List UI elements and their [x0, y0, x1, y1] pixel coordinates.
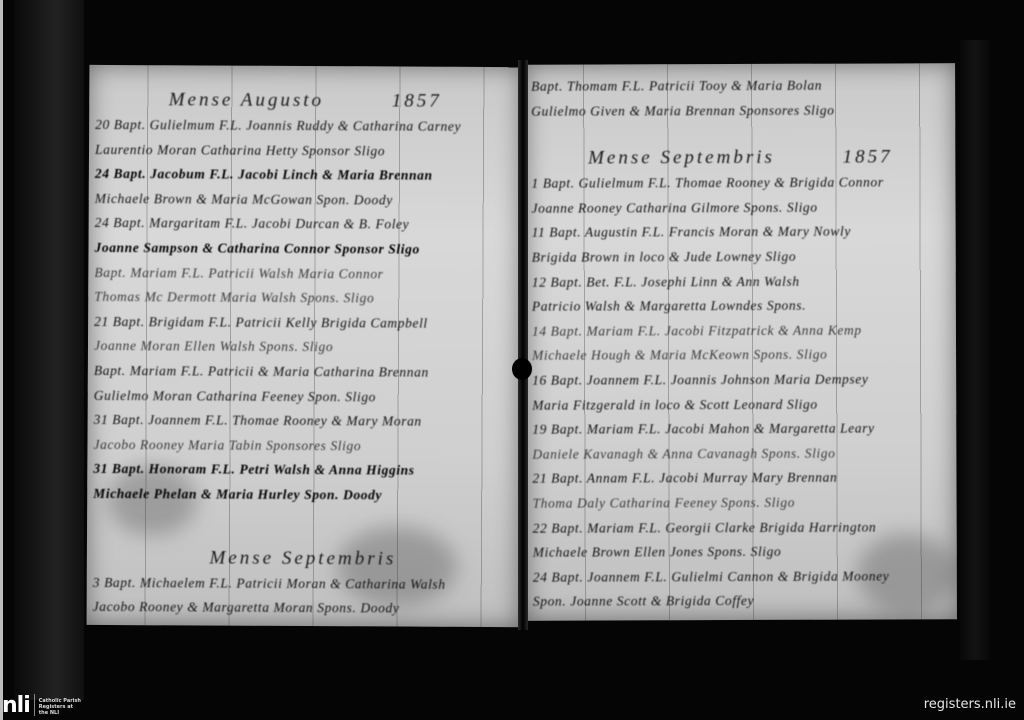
register-entry-line: Bapt. Thomam F.L. Patricii Tooy & Maria … — [525, 73, 955, 99]
register-entry-line: 21 Bapt. Brigidam F.L. Patricii Kelly Br… — [88, 310, 520, 337]
register-entry-line: Thoma Daly Catharina Feeney Spons. Sligo — [527, 490, 957, 516]
register-entry-line: Joanne Rooney Catharina Gilmore Spons. S… — [525, 195, 955, 221]
month-heading: Mense Augusto 1857 — [89, 89, 521, 113]
registers-url: registers.nli.ie — [924, 697, 1016, 712]
gutter-blot — [512, 358, 532, 380]
register-page-left: Mense Augusto 1857 20 Bapt. Gulielmum F.… — [87, 65, 522, 627]
register-entry-line: Daniele Kavanagh & Anna Cavanagh Spons. … — [526, 441, 956, 467]
register-entry-line: Thomas Mc Dermott Maria Walsh Spons. Sli… — [88, 285, 520, 312]
register-entry-line: Michaele Brown Ellen Jones Spons. Sligo — [527, 539, 957, 565]
register-entry-line: Joanne Sampson & Catharina Connor Sponso… — [88, 236, 520, 263]
book-spine — [518, 60, 528, 630]
register-entry-line: Gulielmo Given & Maria Brennan Sponsores… — [525, 98, 955, 124]
register-entry-line: 22 Bapt. Mariam F.L. Georgii Clarke Brig… — [527, 515, 957, 541]
heading-year: 1857 — [843, 147, 893, 168]
register-entry-line: 21 Bapt. Annam F.L. Jacobi Murray Mary B… — [526, 466, 956, 492]
register-entry-line: Spon. Joanne Scott & Brigida Coffey — [527, 589, 957, 615]
month-heading: Mense Septembris 1857 — [525, 146, 955, 170]
logo-text-line: the NLI — [39, 710, 59, 716]
heading-month: Mense Septembris — [588, 147, 775, 169]
register-entry-line: Jacobo Rooney & Margaretta Moran Spons. … — [87, 595, 519, 622]
right-page-content: Bapt. Thomam F.L. Patricii Tooy & Maria … — [525, 73, 957, 620]
register-entry-line: Laurentio Moran Catharina Hetty Sponsor … — [89, 137, 521, 164]
nli-logo-mark: nli — [2, 696, 30, 716]
film-edge — [0, 0, 3, 720]
register-entry-line: Brigida Brown in loco & Jude Lowney Slig… — [526, 244, 956, 270]
register-entry-line: 31 Bapt. Joannem F.L. Thomae Rooney & Ma… — [88, 408, 520, 435]
register-entry-line: 11 Bapt. Augustin F.L. Francis Moran & M… — [526, 220, 956, 246]
register-entry-line: 14 Bapt. Mariam F.L. Jacobi Fitzpatrick … — [526, 318, 956, 344]
register-entry-line: 1 Bapt. Gulielmum F.L. Thomae Rooney & B… — [525, 170, 955, 196]
register-entry-line: Bapt. Mariam F.L. Patricii & Maria Catha… — [88, 359, 520, 386]
register-entry-line: 20 Bapt. Gulielmum F.L. Joannis Ruddy & … — [89, 113, 521, 140]
register-entry-line: Michaele Phelan & Maria Hurley Spon. Doo… — [87, 482, 519, 509]
month-subheading: Mense Septembris — [87, 546, 519, 570]
register-entry-line: Maria Fitzgerald in loco & Scott Leonard… — [526, 392, 956, 418]
logo-divider — [34, 694, 35, 716]
register-entry-line: Joanne Moran Ellen Walsh Spons. Sligo — [88, 334, 520, 361]
nli-logo-text: Catholic Parish Registers at the NLI — [39, 698, 81, 716]
register-entry-line: Patricio Walsh & Margaretta Lowndes Spon… — [526, 293, 956, 319]
scan-frame-right — [960, 40, 990, 660]
register-entry-line: Michaele Brown & Maria McGowan Spon. Doo… — [89, 187, 521, 214]
heading-month: Mense Augusto — [169, 89, 324, 111]
register-entry-line: 19 Bapt. Mariam F.L. Jacobi Mahon & Marg… — [526, 416, 956, 442]
register-entry-line: 31 Bapt. Honoram F.L. Petri Walsh & Anna… — [87, 457, 519, 484]
register-entry-line: Gulielmo Moran Catharina Feeney Spon. Sl… — [88, 383, 520, 410]
heading-year: 1857 — [392, 90, 442, 111]
scan-frame-left — [14, 0, 84, 700]
register-entry-line: 24 Bapt. Joannem F.L. Gulielmi Cannon & … — [527, 564, 957, 590]
register-entry-line: Michaele Hough & Maria McKeown Spons. Sl… — [526, 343, 956, 369]
register-entry-line: Jacobo Rooney Maria Tabin Sponsores Slig… — [87, 433, 519, 460]
register-page-right: Bapt. Thomam F.L. Patricii Tooy & Maria … — [525, 63, 957, 620]
nli-logo: nli Catholic Parish Registers at the NLI — [2, 694, 81, 716]
register-entry-line: 24 Bapt. Margaritam F.L. Jacobi Durcan &… — [89, 211, 521, 238]
register-entry-line: 12 Bapt. Bet. F.L. Josephi Linn & Ann Wa… — [526, 269, 956, 295]
register-entry-line: 16 Bapt. Joannem F.L. Joannis Johnson Ma… — [526, 367, 956, 393]
left-page-content: Mense Augusto 1857 20 Bapt. Gulielmum F.… — [87, 79, 522, 622]
register-entry-line: 24 Bapt. Jacobum F.L. Jacobi Linch & Mar… — [89, 162, 521, 189]
register-entry-line: Bapt. Mariam F.L. Patricii Walsh Maria C… — [88, 260, 520, 287]
priest-signature: Mich. Dunne P.P. — [527, 613, 957, 621]
register-entry-line: 3 Bapt. Michaelem F.L. Patricii Moran & … — [87, 570, 519, 597]
